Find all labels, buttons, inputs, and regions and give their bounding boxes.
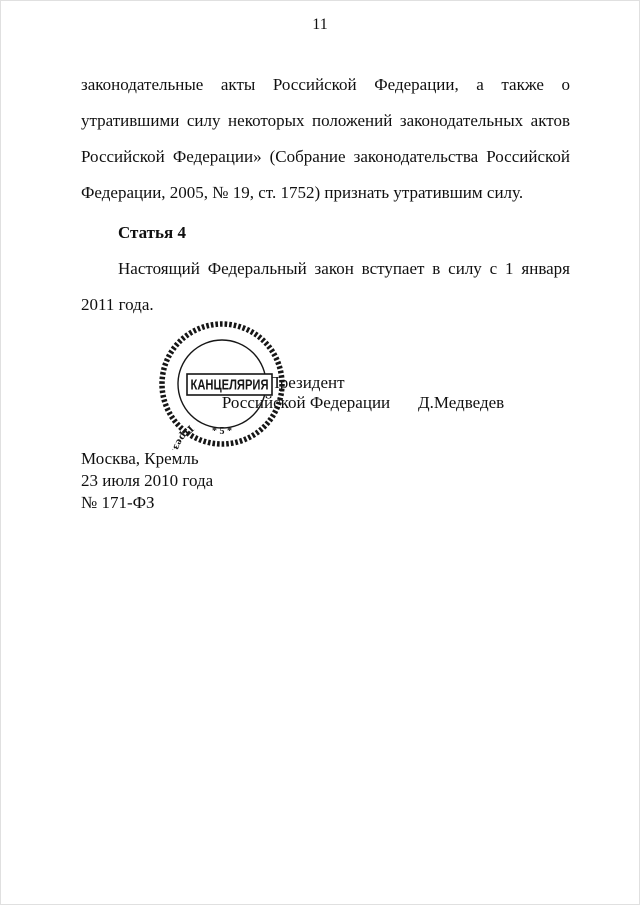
chancellery-stamp: Президент Российской Федерации * 5 * КАН… xyxy=(156,318,288,450)
article-heading: Статья 4 xyxy=(81,215,570,251)
footer-date: 23 июля 2010 года xyxy=(81,470,213,492)
paragraph-line: Настоящий Федеральный закон вступает в с… xyxy=(81,251,570,287)
document-page: 11 законодательные акты Российской Федер… xyxy=(0,0,640,905)
page-number: 11 xyxy=(1,16,639,34)
signature-name: Д.Медведев xyxy=(418,393,504,413)
paragraph-line: законодательные акты Российской Федераци… xyxy=(81,67,570,103)
paragraph-line: Федерации, 2005, № 19, ст. 1752) признат… xyxy=(81,175,570,211)
stamp-seal-icon: Президент Российской Федерации * 5 * КАН… xyxy=(162,324,282,450)
footer-block: Москва, Кремль 23 июля 2010 года № 171-Ф… xyxy=(81,448,213,514)
stamp-center-label: КАНЦЕЛЯРИЯ xyxy=(191,378,269,394)
footer-place: Москва, Кремль xyxy=(81,448,213,470)
paragraph-line: утратившими силу некоторых положений зак… xyxy=(81,103,570,139)
body-text: законодательные акты Российской Федераци… xyxy=(81,67,570,323)
paragraph-line: 2011 года. xyxy=(81,287,570,323)
paragraph-line: Российской Федерации» (Собрание законода… xyxy=(81,139,570,175)
footer-doc-number: № 171-ФЗ xyxy=(81,492,213,514)
stamp-bottom-text: * 5 * xyxy=(212,426,232,437)
